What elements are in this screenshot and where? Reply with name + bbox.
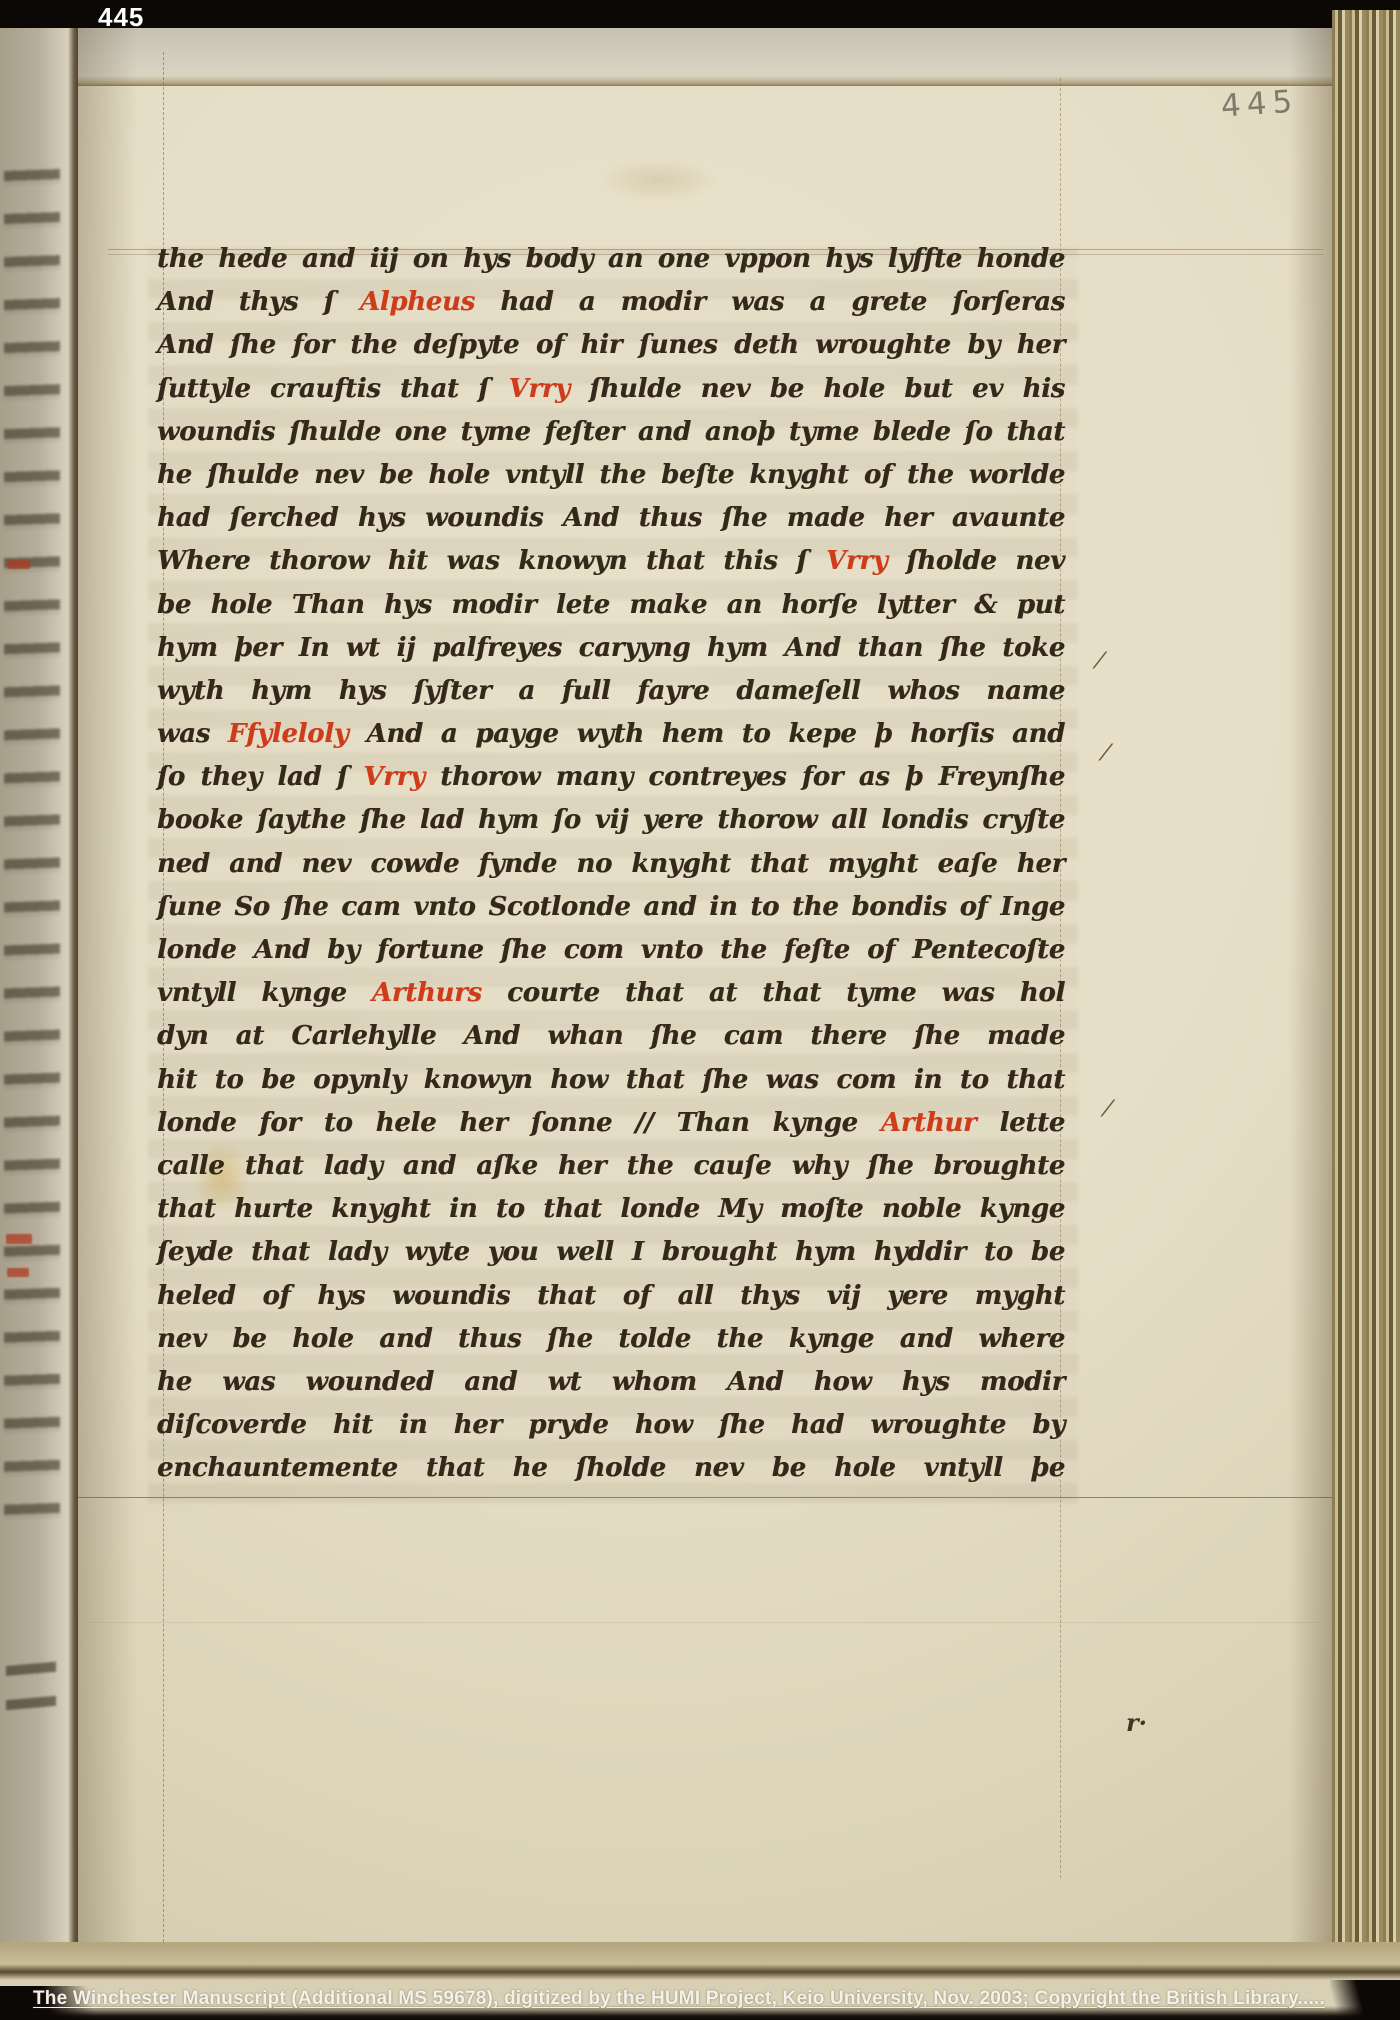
ink-text: booke ſaythe ſhe lad hym ſo vij yere tho…: [157, 805, 1065, 835]
page-top-edge: [78, 28, 1335, 86]
ink-text: had a modir was a grete ſorſeras: [475, 287, 1065, 317]
rubric-word: Arthurs: [372, 978, 482, 1008]
ink-text: And thys ſ: [157, 287, 360, 317]
manuscript-line: be hole Than hys modir lete make an horſ…: [157, 584, 1065, 627]
margin-correction-mark: ⁄: [1098, 648, 1102, 674]
facing-page-edge: [0, 28, 78, 1950]
manuscript-line: nev be hole and thus ſhe tolde the kynge…: [157, 1318, 1065, 1361]
ink-text: londe for to hele her ſonne // Than kyng…: [157, 1108, 881, 1138]
manuscript-line: ſeyde that lady wyte you well I brought …: [157, 1231, 1065, 1274]
fore-edge: [1332, 6, 1400, 2020]
caption: The Winchester Manuscript (Additional MS…: [33, 1988, 1393, 2010]
manuscript-line: And ſhe for the deſpyte of hir ſunes det…: [157, 324, 1065, 367]
ink-text: lette: [976, 1108, 1065, 1138]
manuscript-line: ſune So ſhe cam vnto Scotlonde and in to…: [157, 886, 1065, 929]
manuscript-line: wyth hym hys ſyſter a full fayre dameſel…: [157, 670, 1065, 713]
facing-page-text-fragment: [6, 1656, 56, 1714]
ink-text: hym þer In wt ij palfreyes caryyng hym A…: [157, 633, 1065, 663]
ink-text: wyth hym hys ſyſter a full fayre dameſel…: [157, 676, 1065, 706]
rubric-word: Vrry: [363, 762, 424, 792]
crease-line: [88, 1622, 1318, 1623]
ink-text: ſo they lad ſ: [157, 762, 363, 792]
ink-text: that hurte knyght in to that londe My mo…: [157, 1194, 1065, 1224]
ink-text: calle that lady and aſke her the cauſe w…: [157, 1151, 1065, 1181]
manuscript-line: enchauntemente that he ſholde nev be hol…: [157, 1447, 1065, 1490]
quire-signature: r·: [1126, 1708, 1147, 1737]
manuscript-line: booke ſaythe ſhe lad hym ſo vij yere tho…: [157, 799, 1065, 842]
margin-correction-mark: ⁄: [1106, 1096, 1110, 1122]
ink-text: nev be hole and thus ſhe tolde the kynge…: [157, 1324, 1065, 1354]
backdrop-top-right: [1332, 0, 1400, 10]
manuscript-line: hit to be opynly knowyn how that ſhe was…: [157, 1059, 1065, 1102]
ink-text: vntyll kynge: [157, 978, 372, 1008]
manuscript-line: ned and nev cowde fynde no knyght that m…: [157, 843, 1065, 886]
rubric-word: Vrry: [826, 546, 887, 576]
ink-text: had ſerched hys woundis And thus ſhe mad…: [157, 503, 1065, 533]
ink-text: ſuttyle crauftis that ſ: [157, 374, 508, 404]
rubric-word: Arthur: [881, 1108, 977, 1138]
ink-text: hit to be opynly knowyn how that ſhe was…: [157, 1065, 1065, 1095]
ink-text: was: [157, 719, 228, 749]
rubric-word: Ffyleloly: [228, 719, 349, 749]
red-ink-trace: [8, 560, 30, 569]
ink-text: heled of hys woundis that of all thys vi…: [157, 1281, 1065, 1311]
ink-text: courte that at that tyme was hol: [482, 978, 1065, 1008]
manuscript-line: Where thorow hit was knowyn that this ſ …: [157, 540, 1065, 583]
ink-text: he was wounded and wt whom And how hys m…: [157, 1367, 1065, 1397]
facing-page-text-showthrough: [4, 158, 60, 1538]
ink-text: ſune So ſhe cam vnto Scotlonde and in to…: [157, 892, 1065, 922]
manuscript-line: hym þer In wt ij palfreyes caryyng hym A…: [157, 627, 1065, 670]
margin-correction-mark: ⁄: [1104, 740, 1108, 766]
rubric-word: Alpheus: [360, 287, 475, 317]
manuscript-line: was Ffyleloly And a payge wyth hem to ke…: [157, 713, 1065, 756]
manuscript-line: londe for to hele her ſonne // Than kyng…: [157, 1102, 1065, 1145]
ink-text: londe And by fortune ſhe com vnto the fe…: [157, 935, 1065, 965]
ink-text: be hole Than hys modir lete make an horſ…: [157, 590, 1065, 620]
ink-text: ned and nev cowde fynde no knyght that m…: [157, 849, 1065, 879]
ink-text: thorow many contreyes for as þ Freynſhe: [425, 762, 1065, 792]
gutter-shadow: [78, 28, 138, 1948]
red-ink-trace: [7, 1268, 29, 1277]
ink-text: ſhulde nev be hole but ev his: [570, 374, 1065, 404]
folio-number-pencil: 445: [1220, 83, 1299, 124]
manuscript-page: the hede and iij on hys body an one vppo…: [78, 28, 1335, 1948]
page-right-shadow: [1289, 28, 1335, 1948]
red-ink-trace: [6, 1234, 32, 1244]
manuscript-line: he was wounded and wt whom And how hys m…: [157, 1361, 1065, 1404]
manuscript-line: ſo they lad ſ Vrry thorow many contreyes…: [157, 756, 1065, 799]
manuscript-line: that hurte knyght in to that londe My mo…: [157, 1188, 1065, 1231]
manuscript-line: heled of hys woundis that of all thys vi…: [157, 1275, 1065, 1318]
manuscript-line: vntyll kynge Arthurs courte that at that…: [157, 972, 1065, 1015]
manuscript-line: ſuttyle crauftis that ſ Vrry ſhulde nev …: [157, 368, 1065, 411]
ink-text: And ſhe for the deſpyte of hir ſunes det…: [157, 330, 1065, 360]
manuscript-line: londe And by fortune ſhe com vnto the fe…: [157, 929, 1065, 972]
ink-text: ſeyde that lady wyte you well I brought …: [157, 1237, 1065, 1267]
manuscript-line: And thys ſ Alpheus had a modir was a gre…: [157, 281, 1065, 324]
manuscript-line: the hede and iij on hys body an one vppo…: [157, 238, 1065, 281]
ink-text: he ſhulde nev be hole vntyll the beſte k…: [157, 460, 1065, 490]
folio-number-overlay: 445: [98, 2, 144, 33]
manuscript-line: had ſerched hys woundis And thus ſhe mad…: [157, 497, 1065, 540]
ink-text: the hede and iij on hys body an one vppo…: [157, 244, 1065, 274]
manuscript-line: dyn at Carlehylle And whan ſhe cam there…: [157, 1015, 1065, 1058]
manuscript-photo: the hede and iij on hys body an one vppo…: [0, 0, 1400, 2020]
manuscript-line: calle that lady and aſke her the cauſe w…: [157, 1145, 1065, 1188]
ink-text: And a payge wyth hem to kepe þ horſis an…: [349, 719, 1065, 749]
text-block: the hede and iij on hys body an one vppo…: [157, 238, 1065, 1490]
ink-text: Where thorow hit was knowyn that this ſ: [157, 546, 826, 576]
ink-text: ſholde nev: [888, 546, 1065, 576]
ink-text: woundis ſhulde one tyme feſter and anoþ …: [157, 417, 1065, 447]
manuscript-line: he ſhulde nev be hole vntyll the beſte k…: [157, 454, 1065, 497]
ink-text: diſcoverde hit in her pryde how ſhe had …: [157, 1410, 1065, 1440]
ink-text: enchauntemente that he ſholde nev be hol…: [157, 1453, 1065, 1483]
stain: [598, 158, 718, 202]
manuscript-line: diſcoverde hit in her pryde how ſhe had …: [157, 1404, 1065, 1447]
manuscript-line: woundis ſhulde one tyme feſter and anoþ …: [157, 411, 1065, 454]
rubric-word: Vrry: [508, 374, 569, 404]
ink-text: dyn at Carlehylle And whan ſhe cam there…: [157, 1021, 1065, 1051]
